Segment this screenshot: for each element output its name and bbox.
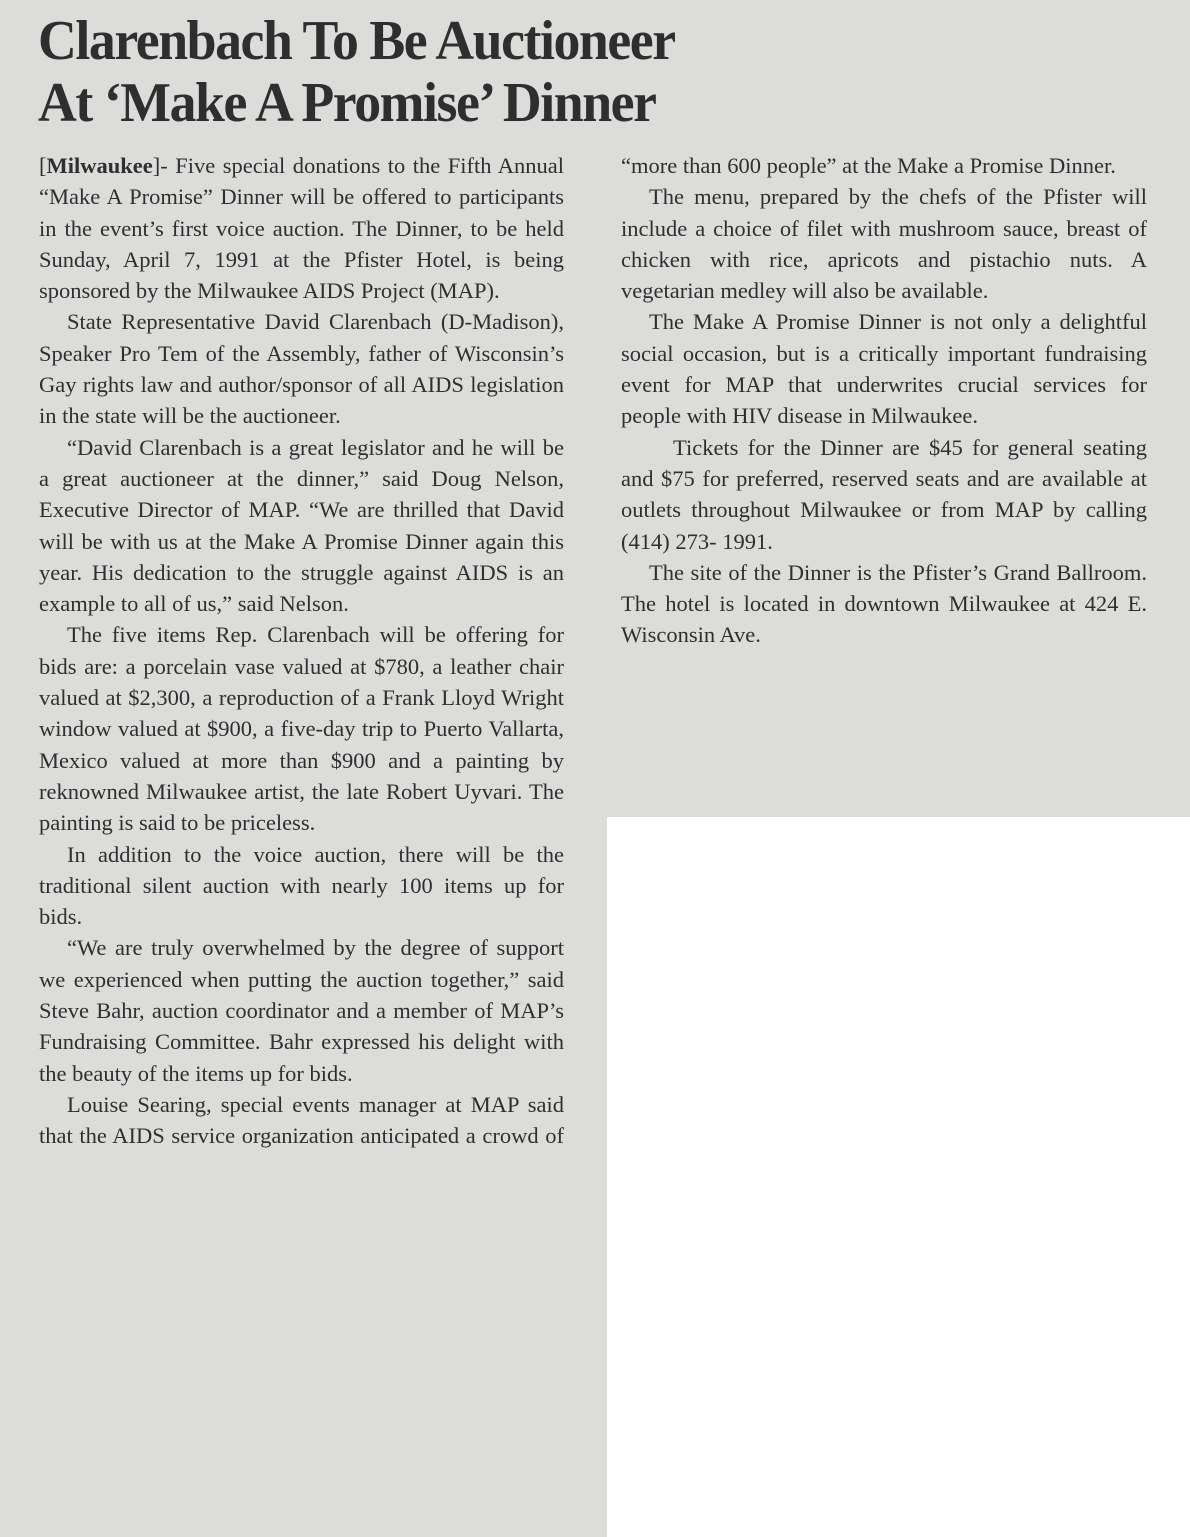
article-paragraph: The site of the Dinner is the Pfister’s …	[621, 557, 1147, 651]
headline-line-1: Clarenbach To Be Auctioneer	[38, 10, 1094, 72]
article-paragraph: Tickets for the Dinner are $45 for gener…	[621, 432, 1147, 557]
article-paragraph-continued: “more than 600 people” at the Make a Pro…	[621, 150, 1147, 181]
article-paragraph: In addition to the voice auction, there …	[39, 839, 564, 933]
article-paragraph: [Milwaukee]- Five special donations to t…	[39, 150, 564, 306]
article-paragraph: “David Clarenbach is a great legislator …	[39, 432, 564, 620]
article-headline: Clarenbach To Be Auctioneer At ‘Make A P…	[38, 10, 1094, 134]
article-paragraph: “We are truly overwhelmed by the degree …	[39, 932, 564, 1088]
dateline: [Milwaukee]-	[39, 153, 175, 178]
article-paragraph: Louise Searing, special events manager a…	[39, 1089, 564, 1152]
article-paragraph: The five items Rep. Clarenbach will be o…	[39, 619, 564, 838]
article-column-right: “more than 600 people” at the Make a Pro…	[621, 150, 1147, 651]
headline-line-2: At ‘Make A Promise’ Dinner	[38, 72, 1094, 134]
article-paragraph: State Representative David Clarenbach (D…	[39, 306, 564, 431]
dateline-city: Milwaukee	[47, 153, 153, 178]
article-paragraph: The Make A Promise Dinner is not only a …	[621, 306, 1147, 431]
article-column-left: [Milwaukee]- Five special donations to t…	[39, 150, 564, 1152]
article-paragraph: The menu, prepared by the chefs of the P…	[621, 181, 1147, 306]
